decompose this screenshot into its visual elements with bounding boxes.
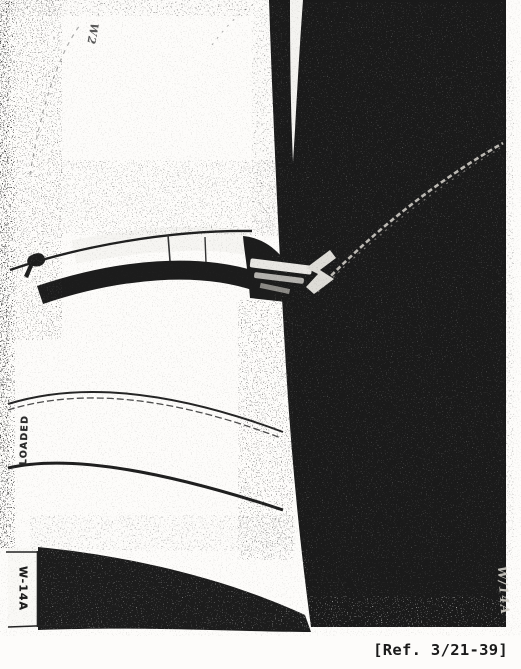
reference-caption: [Ref. 3/21-39] bbox=[330, 641, 508, 661]
loaded-stencil-label: LOADED bbox=[18, 414, 32, 466]
film-grain bbox=[0, 0, 521, 636]
w14a-corner-label: W-14A bbox=[15, 551, 30, 627]
scanned-photo bbox=[0, 0, 521, 669]
scanned-document-page: W2 LOADED W-14A W/14A [Ref. 3/21-39] bbox=[0, 0, 521, 669]
